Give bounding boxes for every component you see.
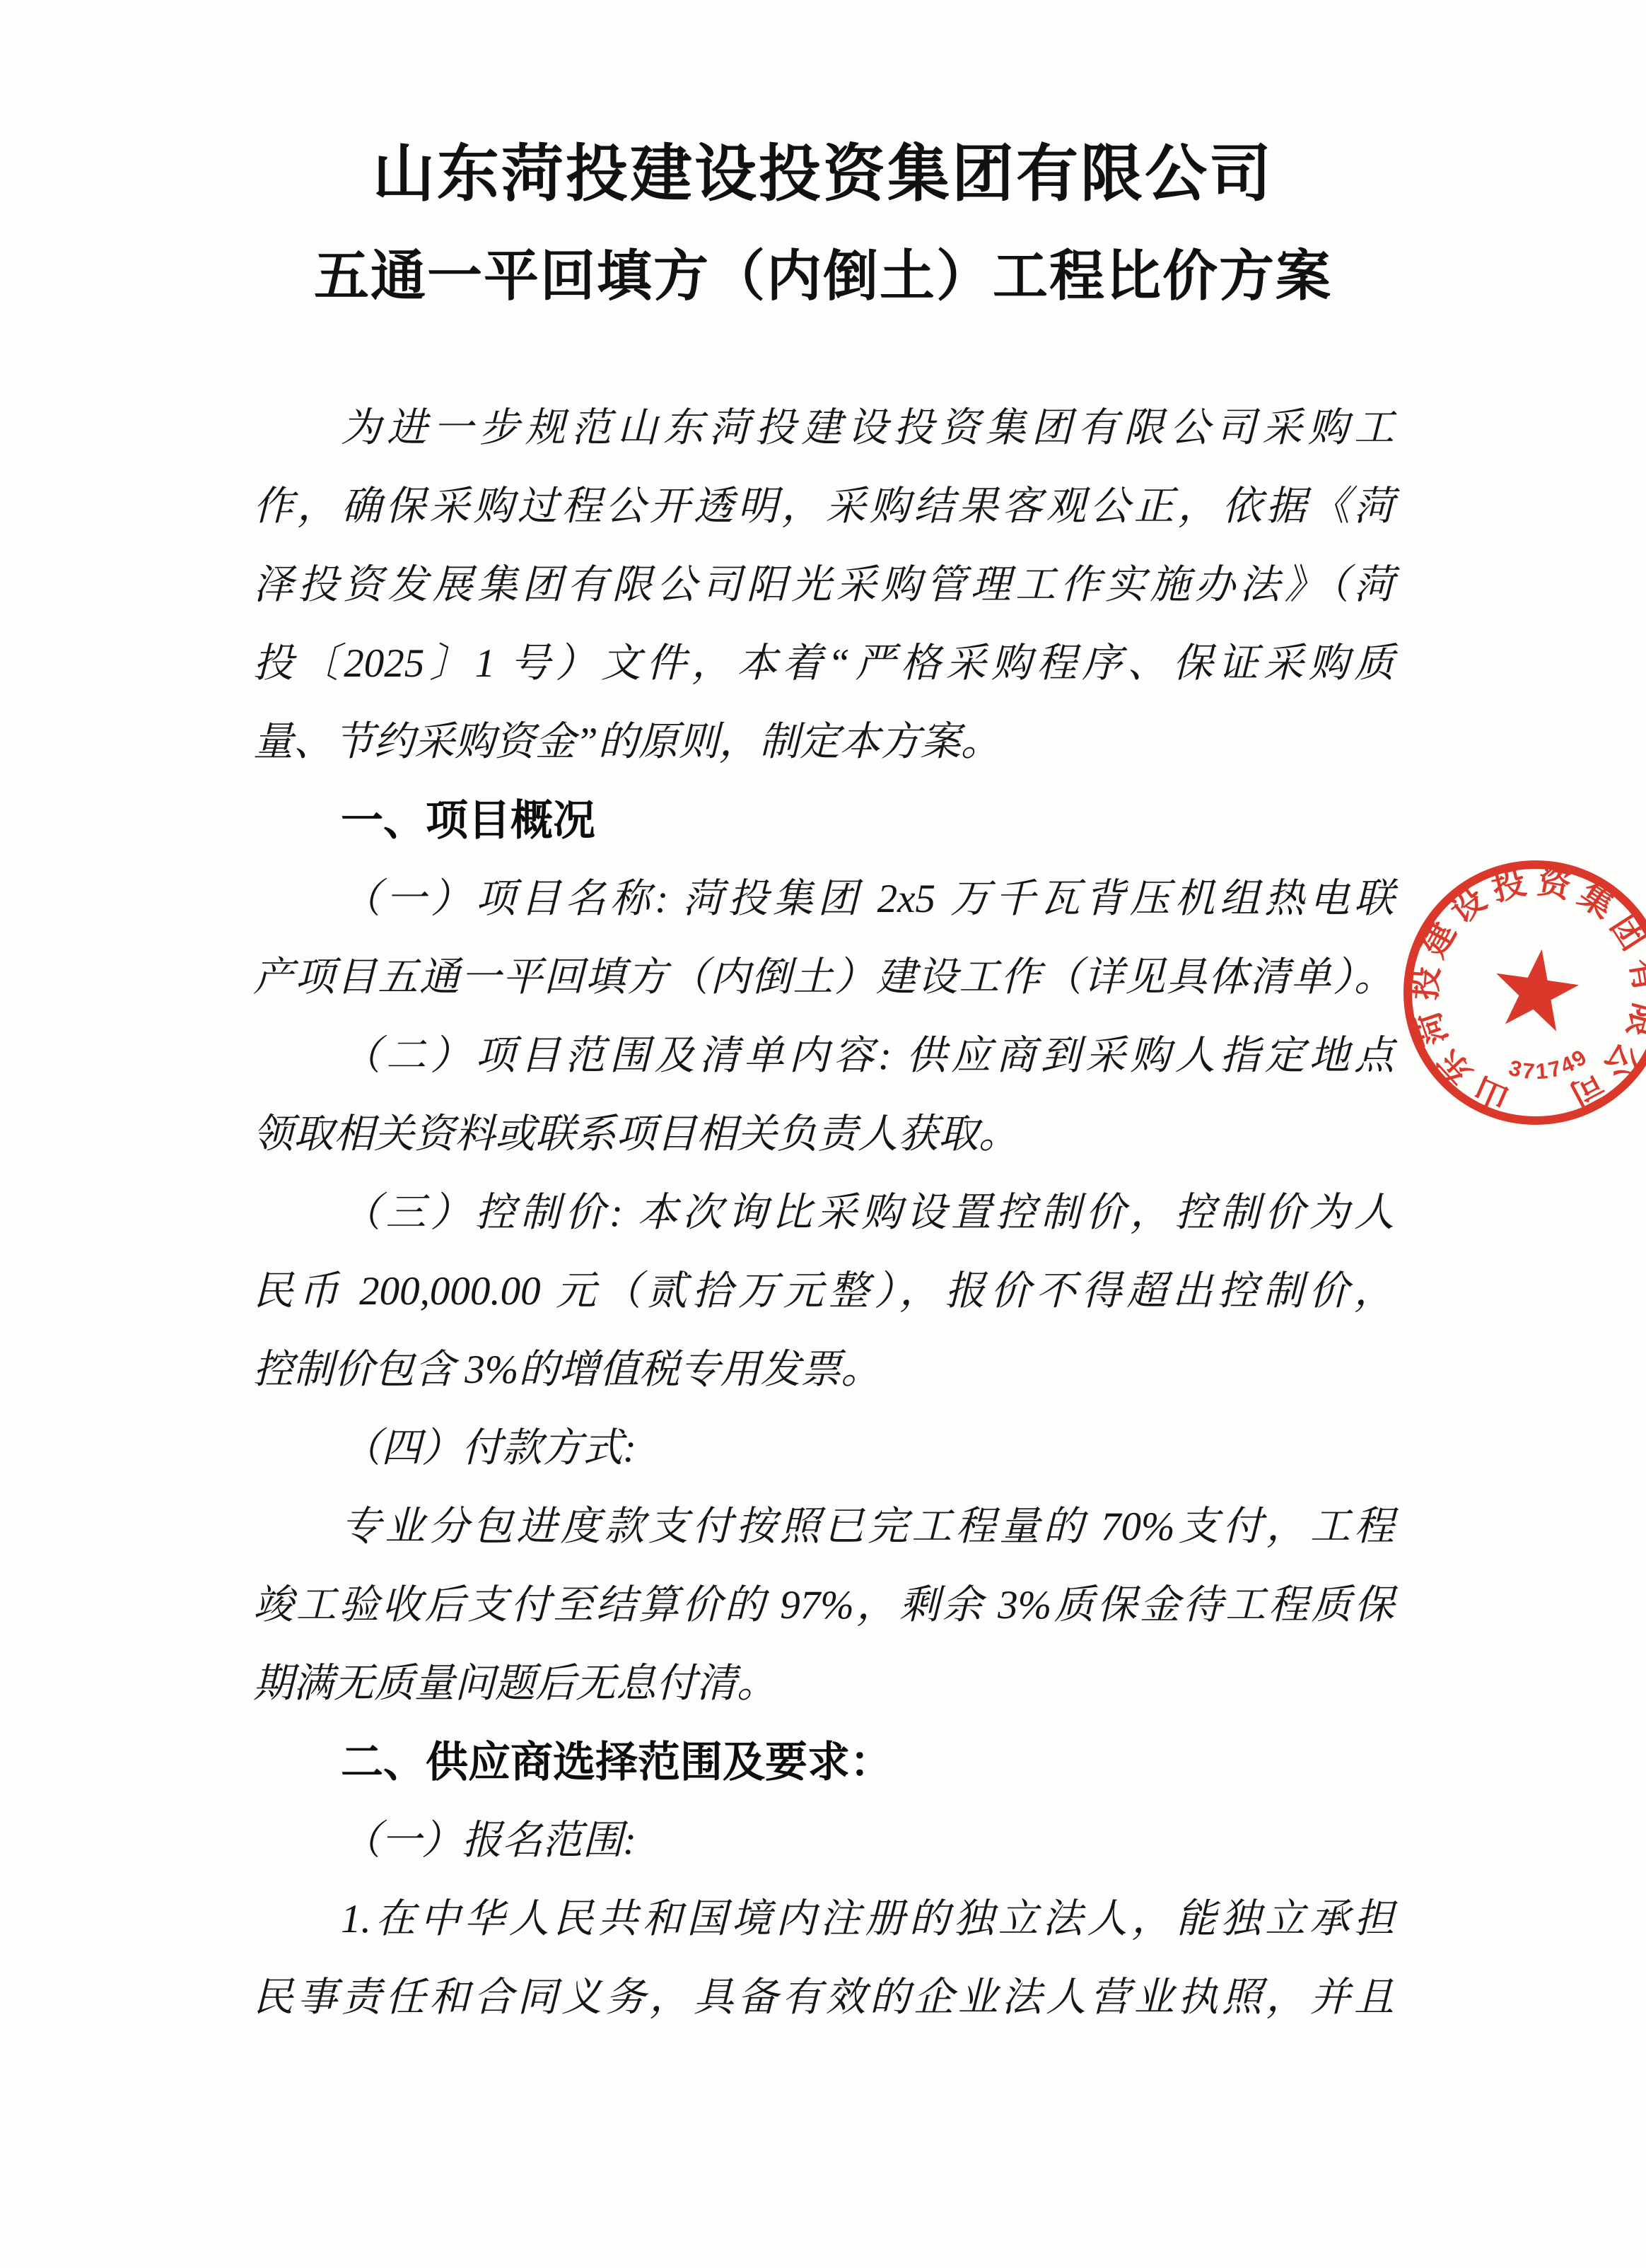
body-line: 泽投资发展集团有限公司阳光采购管理工作实施办法》（菏 [253, 546, 1394, 624]
section-heading-2: 二、供应商选择范围及要求： [253, 1723, 1394, 1801]
body-line: 为进一步规范山东菏投建设投资集团有限公司采购工 [253, 389, 1394, 467]
body-line: 投〔2025〕1 号）文件，本着“严格采购程序、保证采购质 [253, 624, 1394, 703]
body-line: 1.在中华人民共和国境内注册的独立法人，能独立承担 [253, 1880, 1394, 1958]
body-line: （二）项目范围及清单内容: 供应商到采购人指定地点 [253, 1017, 1394, 1095]
body-line: （三）控制价: 本次询比采购设置控制价，控制价为人 [253, 1174, 1394, 1252]
body-line: 作，确保采购过程公开透明，采购结果客观公正，依据《菏 [253, 467, 1394, 546]
body-line: 竣工验收后支付至结算价的 97%，剩余 3%质保金待工程质保 [253, 1566, 1394, 1644]
body-line: 期满无质量问题后无息付清。 [253, 1644, 1394, 1723]
title-line-1: 山东菏投建设投资集团有限公司 [0, 131, 1646, 216]
body-line: 民事责任和合同义务，具备有效的企业法人营业执照，并且 [253, 1958, 1394, 2037]
section-heading-1: 一、项目概况 [253, 781, 1394, 860]
body-line: 量、节约采购资金”的原则，制定本方案。 [253, 703, 1394, 781]
title-line-2: 五通一平回填方（内倒土）工程比价方案 [0, 233, 1646, 318]
red-star-icon [1490, 943, 1583, 1034]
document-body: 为进一步规范山东菏投建设投资集团有限公司采购工 作，确保采购过程公开透明，采购结… [253, 389, 1394, 2037]
body-line: （一）报名范围: [253, 1801, 1394, 1880]
body-line: （一）项目名称: 菏投集团 2x5 万千瓦背压机组热电联 [253, 860, 1394, 938]
body-line: 产项目五通一平回填方（内倒土）建设工作（详见具体清单）。 [253, 938, 1394, 1017]
document-title: 山东菏投建设投资集团有限公司 五通一平回填方（内倒土）工程比价方案 [0, 131, 1646, 318]
body-line: （四）付款方式: [253, 1409, 1394, 1487]
body-line: 专业分包进度款支付按照已完工程量的 70%支付，工程 [253, 1487, 1394, 1566]
body-line: 领取相关资料或联系项目相关负责人获取。 [253, 1095, 1394, 1174]
company-seal: 山东菏投建设投资集团有限公司 371749 [1394, 851, 1646, 1134]
body-line: 控制价包含 3%的增值税专用发票。 [253, 1331, 1394, 1409]
document-page: 山东菏投建设投资集团有限公司 五通一平回填方（内倒土）工程比价方案 为进一步规范… [0, 0, 1646, 2268]
body-line: 民币 200,000.00 元（贰拾万元整），报价不得超出控制价， [253, 1252, 1394, 1331]
